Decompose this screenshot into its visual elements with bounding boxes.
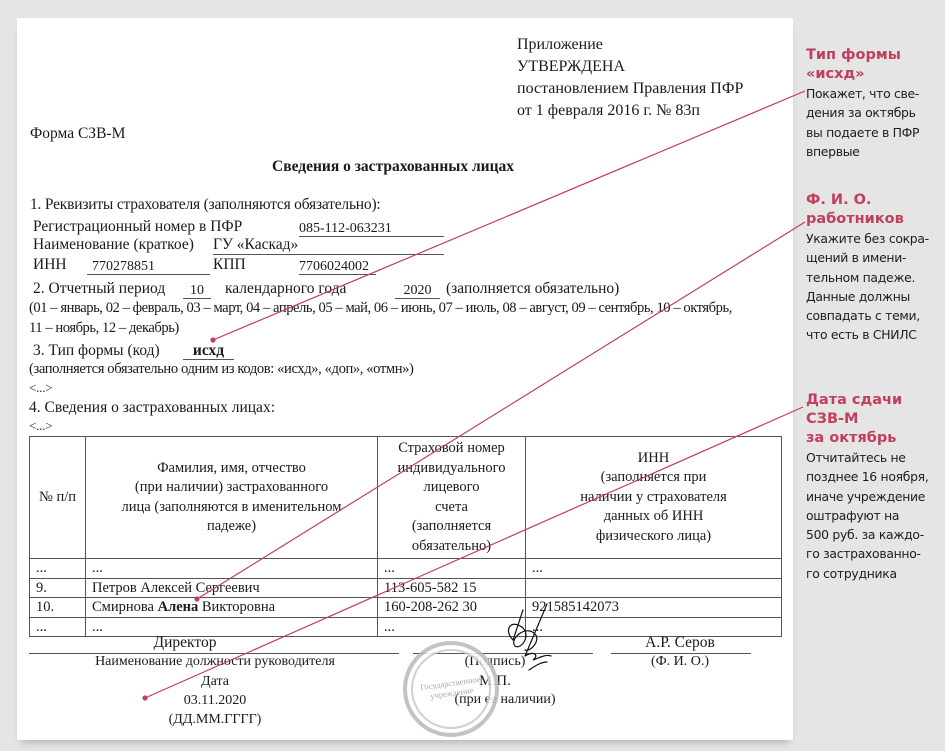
- name-value: ГУ «Каскад»: [213, 236, 298, 253]
- table-row: ............: [30, 559, 782, 579]
- annotation-title-2a: Ф. И. О.: [806, 191, 945, 210]
- section3-ellipsis: <...>: [29, 380, 52, 396]
- date-format: (ДД.ММ.ГГГГ): [30, 712, 400, 728]
- cell-fio: Петров Алексей Сергеевич: [86, 578, 378, 598]
- months-line-1: (01 – январь, 02 – февраль, 03 – март, 0…: [29, 300, 732, 317]
- annotation-line: Покажет, что све-: [806, 84, 945, 103]
- header-inn: ИНН(заполняется приналичии у страховател…: [526, 437, 782, 559]
- annotation-title-2b: работников: [806, 210, 945, 229]
- cell-fio: Смирнова Алена Викторовна: [86, 598, 378, 618]
- document-title: Сведения о застрахованных лицах: [272, 158, 514, 176]
- kpp-label: КПП: [213, 256, 246, 274]
- cell-inn: [526, 578, 782, 598]
- form-type-field: исхд: [183, 342, 234, 360]
- annotation-line: Укажите без сокра-: [806, 229, 945, 248]
- annotation-line: Данные должны: [806, 287, 945, 306]
- position-label: Наименование должности руководителя: [30, 654, 400, 670]
- annotation-line: совпадать с теми,: [806, 306, 945, 325]
- annotation-fio: Ф. И. О. работников Укажите без сокра-ще…: [806, 191, 945, 345]
- cell-fio: ...: [86, 559, 378, 579]
- annotation-line: иначе учреждение: [806, 487, 945, 506]
- table-row: 10.Смирнова Алена Викторовна160-208-262 …: [30, 598, 782, 618]
- year-field: 2020: [395, 281, 440, 299]
- approval-line-3: постановлением Правления ПФР: [517, 78, 743, 100]
- section3-label: 3. Тип формы (код): [33, 342, 160, 360]
- cell-inn: ...: [526, 559, 782, 579]
- kpp-value: 7706024002: [299, 259, 369, 274]
- required-note: (заполняется обязательно): [446, 280, 619, 298]
- form-type-value: исхд: [193, 342, 224, 359]
- name-label-signature: (Ф. И. О.): [610, 654, 750, 670]
- annotation-line: тельном падеже.: [806, 268, 945, 287]
- annotation-line: Отчитайтесь не: [806, 448, 945, 467]
- cell-number: 9.: [30, 578, 86, 598]
- cell-snils: ...: [378, 559, 526, 579]
- annotation-body-1: Покажет, что све-дения за октябрьвы пода…: [806, 84, 945, 161]
- year-value: 2020: [404, 283, 432, 298]
- annotation-deadline: Дата сдачи СЗВ-М за октябрь Отчитайтесь …: [806, 391, 945, 583]
- insured-persons-table: № п/п Фамилия, имя, отчество(при наличии…: [29, 436, 782, 637]
- name-field: ГУ «Каскад»: [213, 236, 444, 255]
- section1-heading: 1. Реквизиты страхователя (заполняются о…: [30, 196, 381, 214]
- annotation-line: дения за октябрь: [806, 103, 945, 122]
- annotation-line: оштрафуют на: [806, 506, 945, 525]
- approval-line-2: УТВЕРЖДЕНА: [517, 56, 743, 78]
- year-label: календарного года: [225, 280, 346, 298]
- header-snils: Страховой номериндивидуальноголицевогосч…: [378, 437, 526, 559]
- inn-field: 770278851: [87, 257, 210, 275]
- cell-snils: 113-605-582 15: [378, 578, 526, 598]
- signature-scribble: [495, 600, 575, 680]
- name-value-signature: А.Р. Серов: [610, 634, 750, 652]
- annotation-line: впервые: [806, 142, 945, 161]
- approval-block: Приложение УТВЕРЖДЕНА постановлением Пра…: [517, 34, 743, 122]
- name-label: Наименование (краткое): [33, 236, 194, 254]
- header-fio: Фамилия, имя, отчество(при наличии) заст…: [86, 437, 378, 559]
- section4-heading: 4. Сведения о застрахованных лицах:: [29, 399, 275, 417]
- annotation-line: щений в имени-: [806, 248, 945, 267]
- inn-value: 770278851: [92, 259, 155, 274]
- position-value: Директор: [30, 634, 340, 652]
- annotation-line: 500 руб. за каждо-: [806, 525, 945, 544]
- form-type-note: (заполняется обязательно одним из кодов:…: [29, 361, 413, 378]
- annotation-line: го застрахованно-: [806, 544, 945, 563]
- reg-number-value: 085-112-063231: [299, 221, 392, 236]
- period-field: 10: [183, 281, 211, 299]
- annotation-title-1b: «исхд»: [806, 65, 945, 84]
- annotation-title-1a: Тип формы: [806, 46, 945, 65]
- approval-line-4: от 1 февраля 2016 г. № 83п: [517, 100, 743, 122]
- annotation-form-type: Тип формы «исхд» Покажет, что све-дения …: [806, 46, 945, 161]
- annotation-title-3a: Дата сдачи: [806, 391, 945, 410]
- form-code: Форма СЗВ-М: [30, 125, 125, 143]
- table-row: 9.Петров Алексей Сергеевич113-605-582 15: [30, 578, 782, 598]
- section4-ellipsis: <...>: [29, 418, 52, 434]
- reg-number-field: 085-112-063231: [299, 219, 444, 237]
- annotation-line: позднее 16 ноября,: [806, 467, 945, 486]
- reg-number-label: Регистрационный номер в ПФР: [33, 218, 242, 236]
- section2-label: 2. Отчетный период: [33, 280, 165, 298]
- annotation-line: го сотрудника: [806, 564, 945, 583]
- annotation-line: вы подаете в ПФР: [806, 123, 945, 142]
- date-label: Дата: [30, 674, 400, 690]
- annotation-title-3b: СЗВ-М: [806, 410, 945, 429]
- stamp: Государственное учреждение: [403, 641, 499, 737]
- date-value: 03.11.2020: [30, 693, 400, 709]
- header-number: № п/п: [30, 437, 86, 559]
- cell-number: 10.: [30, 598, 86, 618]
- annotation-body-2: Укажите без сокра-щений в имени-тельном …: [806, 229, 945, 345]
- annotation-title-3c: за октябрь: [806, 429, 945, 448]
- months-line-2: 11 – ноябрь, 12 – декабрь): [29, 320, 179, 337]
- annotation-line: что есть в СНИЛС: [806, 325, 945, 344]
- approval-line-1: Приложение: [517, 34, 743, 56]
- cell-number: ...: [30, 559, 86, 579]
- kpp-field: 7706024002: [299, 257, 376, 275]
- annotation-body-3: Отчитайтесь непозднее 16 ноября,иначе уч…: [806, 448, 945, 583]
- inn-label: ИНН: [33, 256, 67, 274]
- period-value: 10: [190, 283, 204, 298]
